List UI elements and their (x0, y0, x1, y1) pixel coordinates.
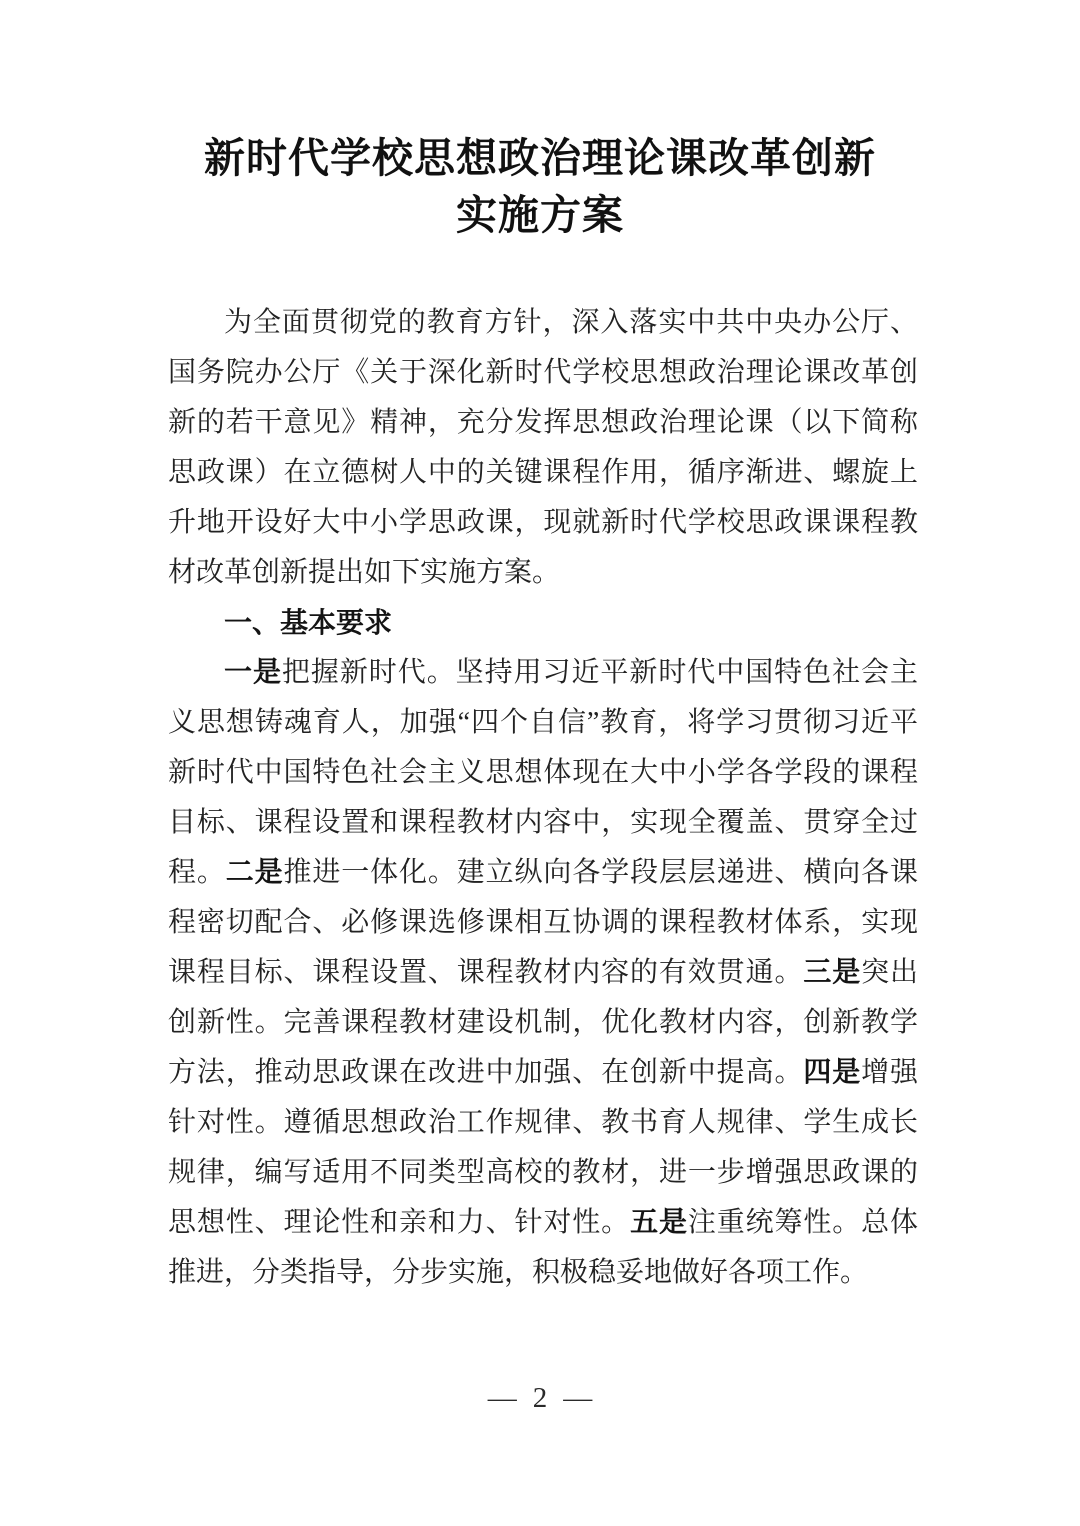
document-body: 为全面贯彻党的教育方针，深入落实中共中央办公厅、国务院办公厅《关于深化新时代学校… (168, 298, 918, 1298)
document-page: 新时代学校思想政治理论课改革创新 实施方案 为全面贯彻党的教育方针，深入落实中共… (0, 0, 1080, 1526)
bold-text-run: 二是 (226, 857, 284, 888)
bold-text-run: 三是 (803, 957, 861, 988)
page-number: 2 (533, 1382, 548, 1414)
bold-text-run: 一是 (224, 657, 282, 688)
paragraph: 为全面贯彻党的教育方针，深入落实中共中央办公厅、国务院办公厅《关于深化新时代学校… (168, 298, 918, 598)
document-title: 新时代学校思想政治理论课改革创新 实施方案 (0, 0, 1080, 244)
footer-dash-left: — (488, 1382, 517, 1414)
title-line-1: 新时代学校思想政治理论课改革创新 (0, 130, 1080, 187)
paragraph: 一是把握新时代。坚持用习近平新时代中国特色社会主义思想铸魂育人，加强“四个自信”… (168, 648, 918, 1298)
page-footer: —2— (0, 1382, 1080, 1415)
bold-text-run: 五是 (630, 1207, 688, 1238)
text-run: 为全面贯彻党的教育方针，深入落实中共中央办公厅、国务院办公厅《关于深化新时代学校… (168, 307, 918, 588)
bold-text-run: 四是 (803, 1057, 861, 1088)
title-line-2: 实施方案 (0, 187, 1080, 244)
footer-dash-right: — (563, 1382, 592, 1414)
text-run: 把握新时代。坚持用习近平新时代中国特色社会主义思想铸魂育人，加强“四个自信”教育… (168, 657, 918, 888)
section-heading: 一、基本要求 (168, 598, 918, 648)
bold-text-run: 一、基本要求 (224, 607, 392, 638)
